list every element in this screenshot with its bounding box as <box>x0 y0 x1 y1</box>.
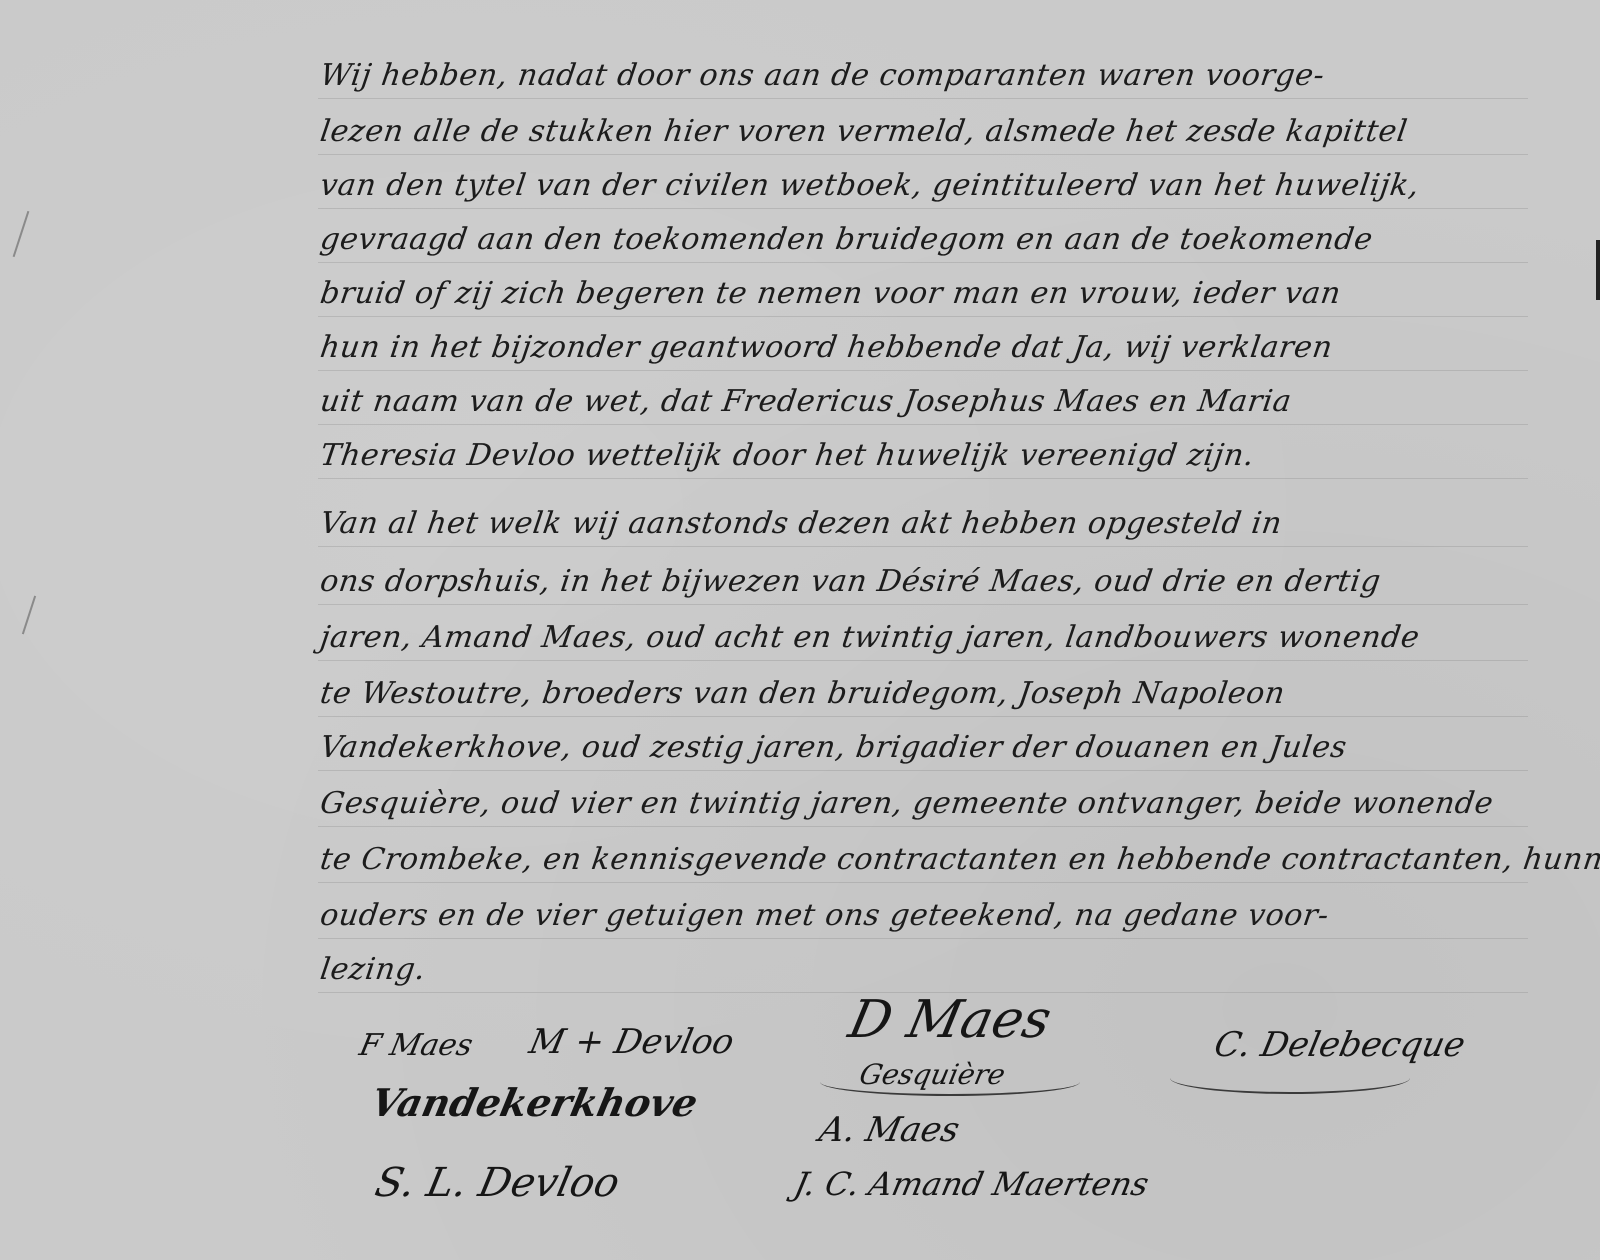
ruled-line <box>318 716 1528 717</box>
ruled-line <box>318 660 1528 661</box>
margin-pencil-mark <box>13 211 30 257</box>
signature-sl-devloo: S. L. Devloo <box>371 1160 623 1206</box>
ruled-line <box>318 546 1528 547</box>
signature-f-maes: F Maes <box>356 1028 476 1063</box>
text-line: uit naam van de wet, dat Fredericus Jose… <box>318 384 1294 419</box>
margin-pencil-mark <box>22 596 36 635</box>
ruled-line <box>318 208 1528 209</box>
signature-d-maes: D Maes <box>844 990 1057 1050</box>
signature-m-devloo: M + Devloo <box>526 1022 738 1062</box>
ruled-line <box>318 316 1528 317</box>
ruled-line <box>318 262 1528 263</box>
text-line: Theresia Devloo wettelijk door het huwel… <box>318 438 1257 473</box>
ruled-line <box>318 882 1528 883</box>
ruled-line <box>318 826 1528 827</box>
text-line: te Westoutre, broeders van den bruidegom… <box>318 676 1287 711</box>
text-line: Gesquière, oud vier en twintig jaren, ge… <box>318 786 1496 821</box>
signature-flourish <box>820 1068 1080 1096</box>
text-line: Vandekerkhove, oud zestig jaren, brigadi… <box>318 730 1349 765</box>
ruled-line <box>318 98 1528 99</box>
page-edge-mark <box>1596 240 1600 300</box>
ruled-line <box>318 770 1528 771</box>
text-line: lezing. <box>318 952 428 987</box>
text-line: van den tytel van der civilen wetboek, g… <box>318 168 1422 203</box>
text-line: gevraagd aan den toekomenden bruidegom e… <box>318 222 1375 257</box>
text-line: Van al het welk wij aanstonds dezen akt … <box>318 506 1284 541</box>
text-line: jaren, Amand Maes, oud acht en twintig j… <box>318 620 1422 655</box>
text-line: te Crombeke, en kennisgevende contractan… <box>318 842 1600 877</box>
text-line: lezen alle de stukken hier voren vermeld… <box>318 114 1410 149</box>
ruled-line <box>318 424 1528 425</box>
text-line: hun in het bijzonder geantwoord hebbende… <box>318 330 1335 365</box>
signature-delebecque: C. Delebecque <box>1211 1025 1469 1065</box>
scanned-document-page: Wij hebben, nadat door ons aan de compar… <box>0 0 1600 1260</box>
signature-flourish <box>1170 1062 1410 1094</box>
signature-amand-maertens: J. C. Amand Maertens <box>791 1165 1152 1203</box>
ruled-line <box>318 478 1528 479</box>
signature-a-maes: A. Maes <box>816 1110 963 1150</box>
ruled-line <box>318 370 1528 371</box>
ruled-line <box>318 604 1528 605</box>
ruled-line <box>318 938 1528 939</box>
text-line: Wij hebben, nadat door ons aan de compar… <box>318 58 1327 93</box>
ruled-line <box>318 154 1528 155</box>
signature-vandekerkhove: Vandekerkhove <box>367 1080 702 1125</box>
text-line: bruid of zij zich begeren te nemen voor … <box>318 276 1343 311</box>
text-line: ouders en de vier getuigen met ons getee… <box>318 898 1331 933</box>
text-line: ons dorpshuis, in het bijwezen van Désir… <box>318 564 1383 599</box>
